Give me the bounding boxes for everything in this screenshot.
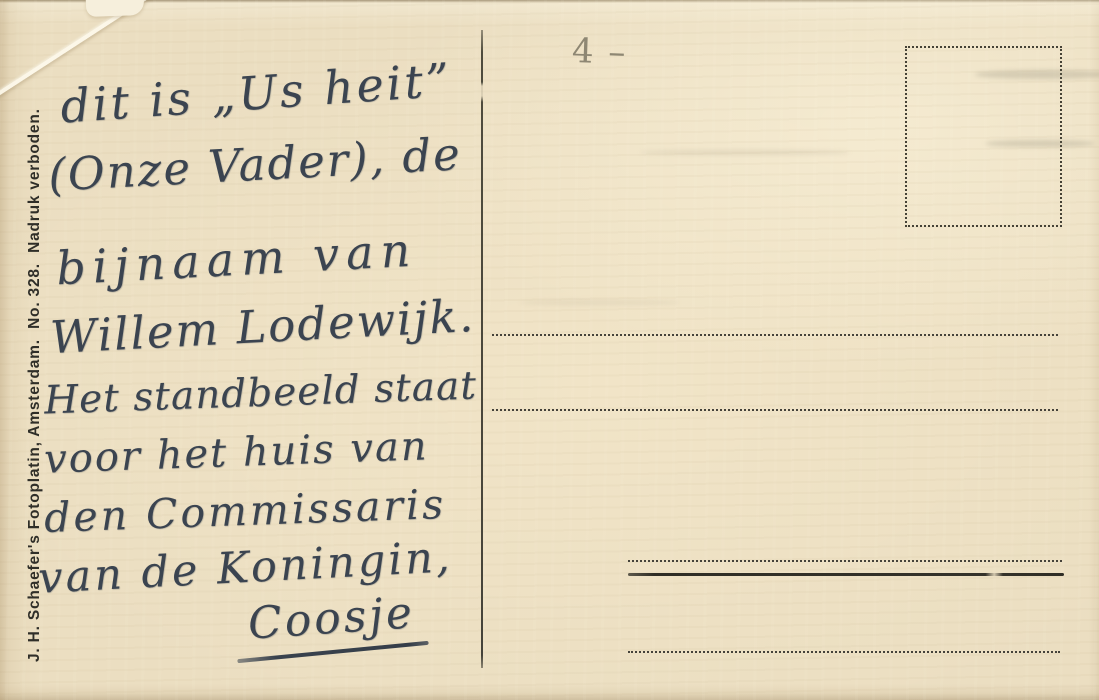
message-line-4: Willem Lodewijk. xyxy=(49,293,476,360)
address-dotted-line-1 xyxy=(492,334,1058,336)
torn-edge xyxy=(86,0,145,17)
address-dotted-line-2 xyxy=(492,409,1058,411)
smudge xyxy=(975,70,1099,79)
pencil-note: 4 – xyxy=(571,31,628,73)
message-line-6: voor het huis van xyxy=(43,426,429,479)
signature: Coosje xyxy=(247,591,417,647)
address-solid-line xyxy=(628,573,1064,576)
message-line-5: Het standbeeld staat xyxy=(43,366,477,420)
smudge xyxy=(640,150,850,155)
smudge xyxy=(520,300,680,305)
message-line-2: (Onze Vader), de xyxy=(47,131,463,198)
postcard-back: J. H. Schaefer's Fotoplatin, Amsterdam. … xyxy=(0,0,1099,700)
smudge xyxy=(985,140,1095,147)
message-line-1: dit is „Us heit” xyxy=(59,56,454,129)
message-line-3: bijnaam van xyxy=(55,227,418,292)
address-dotted-line-4 xyxy=(628,651,1060,653)
center-divider-line xyxy=(481,30,483,668)
address-dotted-line-3 xyxy=(628,560,1062,562)
message-line-7: den Commissaris xyxy=(43,484,446,539)
